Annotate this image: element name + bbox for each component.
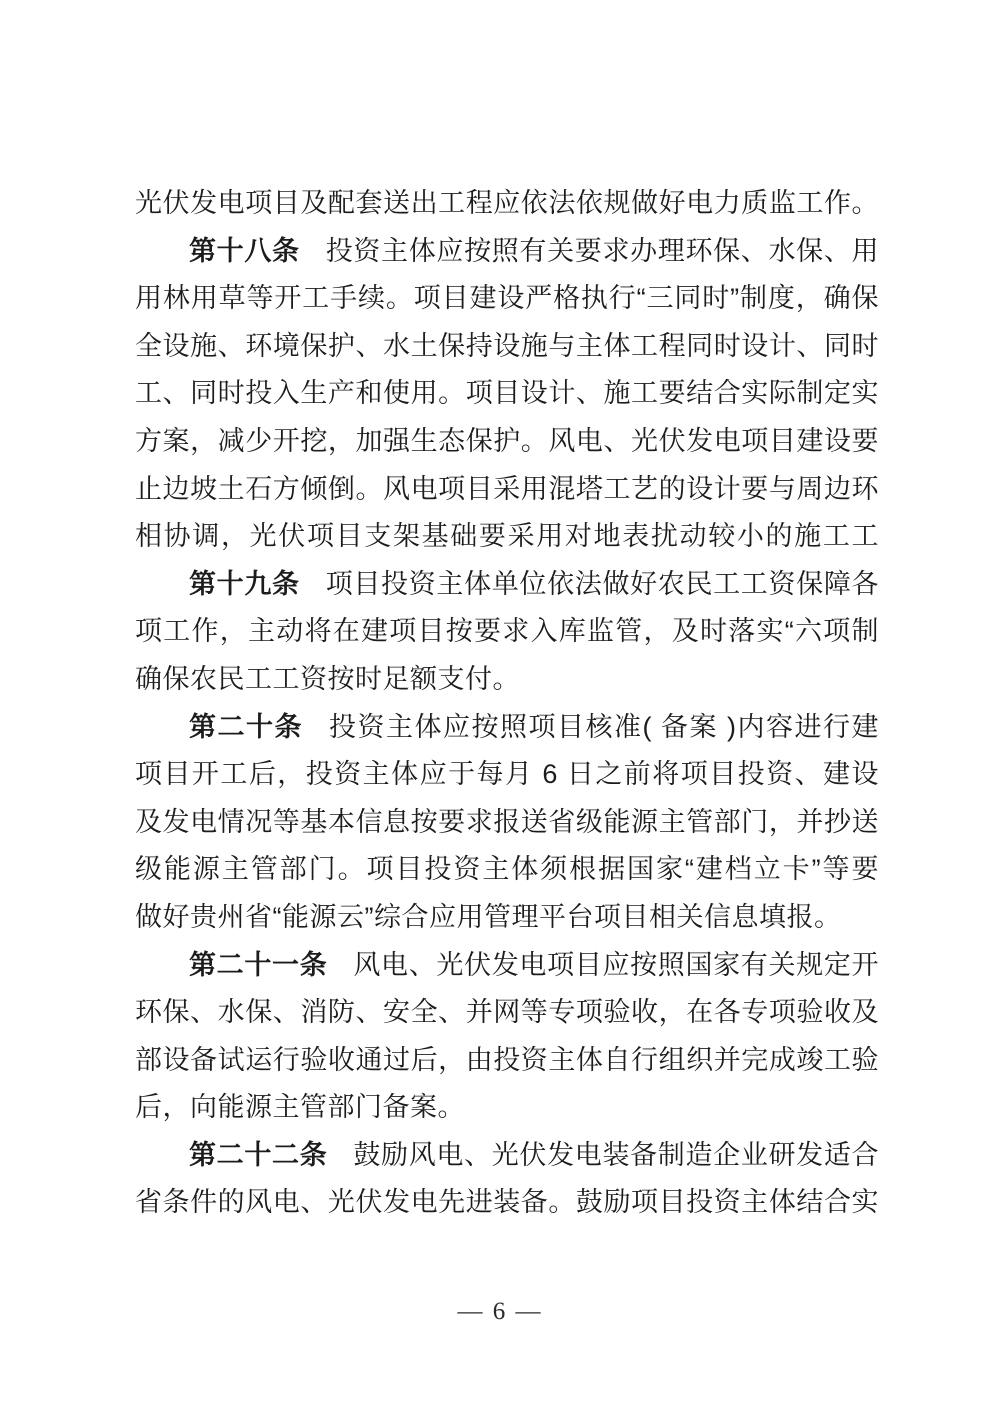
- text-line: 第十九条项目投资主体单位依法做好农民工工资保障各: [135, 561, 879, 609]
- text-line: 用林用草等开工手续。项目建设严格执行“三同时”制度，确保安: [135, 275, 879, 323]
- text-line: 第二十一条风电、光伏发电项目应按照国家有关规定开展: [135, 942, 879, 990]
- text-lines: 光伏发电项目及配套送出工程应依法依规做好电力质监工作。第十八条投资主体应按照有关…: [135, 180, 879, 1227]
- line-text: 工、同时投入生产和使用。项目设计、施工要结合实际制定实施: [135, 378, 879, 418]
- document-page: 光伏发电项目及配套送出工程应依法依规做好电力质监工作。第十八条投资主体应按照有关…: [0, 0, 1000, 1414]
- line-text: 省条件的风电、光伏发电先进装备。鼓励项目投资主体结合实际: [135, 1187, 879, 1227]
- line-text: 相协调，光伏项目支架基础要采用对地表扰动较小的施工工艺。: [135, 521, 879, 561]
- text-line: 及发电情况等基本信息按要求报送省级能源主管部门，并抄送市: [135, 799, 879, 847]
- line-text: 部设备试运行验收通过后，由投资主体自行组织并完成竣工验收: [135, 1045, 879, 1085]
- text-line: 项目开工后，投资主体应于每月 6 日之前将项目投资、建设进度: [135, 751, 879, 799]
- text-line: 项工作，主动将在建项目按要求入库监管，及时落实“六项制度”，: [135, 608, 879, 656]
- line-text: 及发电情况等基本信息按要求报送省级能源主管部门，并抄送市: [135, 807, 879, 847]
- text-line: 方案，减少开挖，加强生态保护。风电、光伏发电项目建设要防: [135, 418, 879, 466]
- line-text: 环保、水保、消防、安全、并网等专项验收，在各专项验收及全: [135, 997, 879, 1037]
- text-line: 部设备试运行验收通过后，由投资主体自行组织并完成竣工验收: [135, 1037, 879, 1085]
- text-line: 后，向能源主管部门备案。: [135, 1084, 879, 1132]
- text-line: 工、同时投入生产和使用。项目设计、施工要结合实际制定实施: [135, 370, 879, 418]
- text-line: 止边坡土石方倾倒。风电项目采用混塔工艺的设计要与周边环境: [135, 466, 879, 514]
- text-line: 确保农民工工资按时足额支付。: [135, 656, 879, 704]
- page-number: — 6 —: [0, 1298, 1000, 1326]
- text-line: 光伏发电项目及配套送出工程应依法依规做好电力质监工作。: [135, 180, 879, 228]
- text-line: 第二十二条鼓励风电、光伏发电装备制造企业研发适合我: [135, 1132, 879, 1180]
- line-text: 后，向能源主管部门备案。: [135, 1092, 465, 1122]
- text-line: 相协调，光伏项目支架基础要采用对地表扰动较小的施工工艺。: [135, 513, 879, 561]
- line-text: 项目开工后，投资主体应于每月 6 日之前将项目投资、建设进度: [135, 759, 879, 799]
- line-text: 项工作，主动将在建项目按要求入库监管，及时落实“六项制度”，: [135, 616, 879, 656]
- text-line: 第二十条投资主体应按照项目核准( 备案 )内容进行建设，: [135, 704, 879, 752]
- line-text: 方案，减少开挖，加强生态保护。风电、光伏发电项目建设要防: [135, 426, 879, 466]
- line-text: 确保农民工工资按时足额支付。: [135, 664, 520, 694]
- line-text: 用林用草等开工手续。项目建设严格执行“三同时”制度，确保安: [135, 283, 879, 323]
- article-heading: 第二十一条: [189, 950, 327, 980]
- line-text: 光伏发电项目及配套送出工程应依法依规做好电力质监工作。: [135, 188, 879, 218]
- text-line: 做好贵州省“能源云”综合应用管理平台项目相关信息填报。: [135, 894, 879, 942]
- article-heading: 第十八条: [189, 236, 300, 266]
- article-heading: 第十九条: [189, 569, 300, 599]
- text-line: 第十八条投资主体应按照有关要求办理环保、水保、用地、: [135, 228, 879, 276]
- text-line: 级能源主管部门。项目投资主体须根据国家“建档立卡”等要求，: [135, 846, 879, 894]
- line-text: 止边坡土石方倾倒。风电项目采用混塔工艺的设计要与周边环境: [135, 474, 879, 514]
- article-heading: 第二十条: [189, 712, 303, 742]
- line-text: 做好贵州省“能源云”综合应用管理平台项目相关信息填报。: [135, 902, 841, 932]
- line-text: 级能源主管部门。项目投资主体须根据国家“建档立卡”等要求，: [135, 854, 879, 894]
- text-line: 全设施、环境保护、水土保持设施与主体工程同时设计、同时施: [135, 323, 879, 371]
- text-line: 环保、水保、消防、安全、并网等专项验收，在各专项验收及全: [135, 989, 879, 1037]
- article-heading: 第二十二条: [189, 1140, 327, 1170]
- text-line: 省条件的风电、光伏发电先进装备。鼓励项目投资主体结合实际: [135, 1179, 879, 1227]
- line-text: 全设施、环境保护、水土保持设施与主体工程同时设计、同时施: [135, 331, 879, 371]
- line-text: 项目投资主体单位依法做好农民工工资保障各: [326, 569, 879, 599]
